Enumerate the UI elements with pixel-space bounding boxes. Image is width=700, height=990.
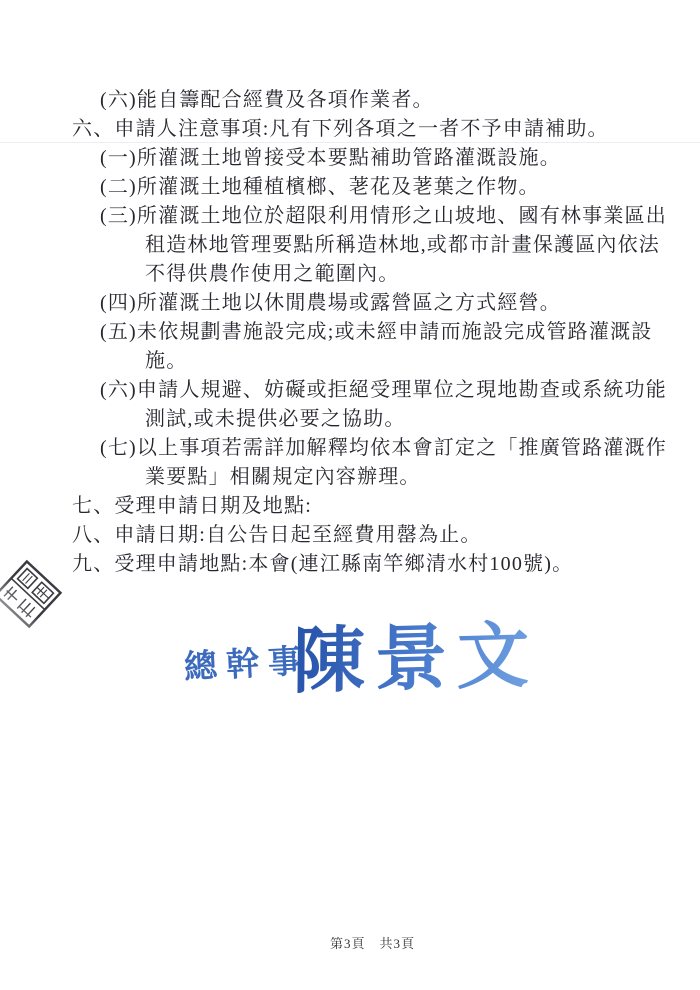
doc-line: (五)未依規劃書施設完成;或未經申請而施設完成管路灌溉設: [100, 318, 700, 347]
ink-seal-stamp: [0, 552, 64, 644]
doc-line: 施。: [145, 347, 700, 376]
document-text-block: (六)能自籌配合經費及各項作業者。 六、申請人注意事項:凡有下列各項之一者不予申…: [0, 86, 700, 579]
doc-line: (三)所灌溉土地位於超限利用情形之山坡地、國有林事業區出: [100, 202, 700, 231]
doc-line: (四)所灌溉土地以休閒農場或露營區之方式經營。: [100, 289, 700, 318]
doc-line: (七)以上事項若需詳加解釋均依本會訂定之「推廣管路灌溉作: [100, 434, 700, 463]
footer-page-number: 第3頁: [330, 936, 366, 951]
doc-line: (六)申請人規避、妨礙或拒絕受理單位之現地勘查或系統功能: [100, 376, 700, 405]
doc-line: 不得供農作使用之範圍內。: [145, 260, 700, 289]
document-page: (六)能自籌配合經費及各項作業者。 六、申請人注意事項:凡有下列各項之一者不予申…: [0, 0, 700, 990]
doc-line: 六、申請人注意事項:凡有下列各項之一者不予申請補助。: [72, 115, 700, 144]
footer-total-pages: 共3頁: [380, 936, 416, 951]
doc-line: 七、受理申請日期及地點:: [72, 492, 700, 521]
doc-line: 八、申請日期:自公告日起至經費用罄為止。: [72, 521, 700, 550]
doc-line: 九、受理申請地點:本會(連江縣南竿鄉清水村100號)。: [72, 550, 700, 579]
doc-line: (六)能自籌配合經費及各項作業者。: [100, 86, 700, 115]
page-footer: 第3頁共3頁: [330, 933, 415, 952]
doc-line: 測試,或未提供必要之協助。: [145, 405, 700, 434]
doc-line: 業要點」相關規定內容辦理。: [145, 463, 700, 492]
doc-line: 租造林地管理要點所稱造林地,或都市計畫保護區內依法: [145, 231, 700, 260]
doc-line: (二)所灌溉土地種植檳榔、荖花及荖葉之作物。: [100, 173, 700, 202]
doc-line: (一)所灌溉土地曾接受本要點補助管路灌溉設施。: [100, 144, 700, 173]
signature-name: 陳景文: [293, 597, 540, 707]
